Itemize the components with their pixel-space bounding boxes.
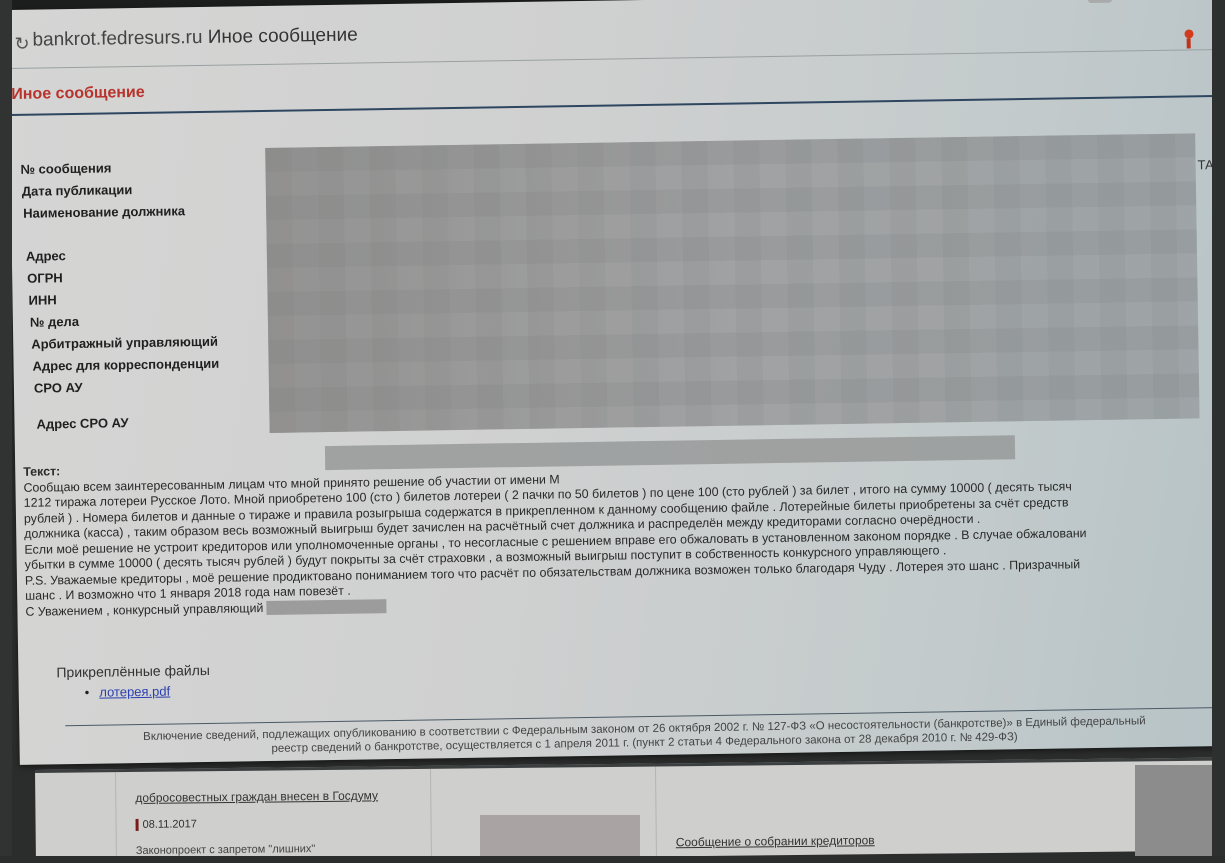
field-label-case-number: № дела	[30, 314, 79, 330]
news-date: 08.11.2017	[136, 818, 197, 831]
pin-icon[interactable]	[1183, 29, 1193, 47]
page-heading: Иное сообщение	[11, 84, 145, 104]
field-label-message-number: № сообщения	[20, 160, 111, 176]
news-link[interactable]: добросовестных граждан внесен в Госдуму	[135, 788, 378, 805]
window-title-text: Иное сообщение	[208, 25, 358, 48]
field-label-address: Адрес	[26, 248, 66, 264]
monitor-bezel-left	[0, 0, 12, 863]
reload-icon[interactable]: ↻	[14, 34, 29, 55]
redacted-field-values	[265, 133, 1199, 433]
field-label-correspondence-address: Адрес для корреспонденции	[32, 356, 219, 374]
redacted-manager-name	[267, 599, 387, 615]
popup-window: ↻ bankrot.fedresurs.ru Иное сообщение ◍ …	[8, 0, 1225, 765]
footer-legal-text: Включение сведений, подлежащих опубликов…	[59, 713, 1225, 759]
creditors-meeting-link[interactable]: Сообщение о собрании кредиторов	[676, 833, 875, 849]
field-label-publication-date: Дата публикации	[22, 182, 133, 199]
field-label-ogrn: ОГРН	[27, 270, 63, 286]
news-snippet: Законопроект с запретом "лишних"	[136, 843, 316, 857]
field-label-arbitration-manager: Арбитражный управляющий	[31, 334, 218, 352]
window-title: bankrot.fedresurs.ru Иное сообщение	[32, 25, 358, 52]
monitor-bezel-bottom	[0, 856, 1225, 863]
redacted-block	[1135, 765, 1215, 863]
bullet-icon: •	[85, 685, 90, 700]
field-label-debtor-name: Наименование должника	[23, 203, 185, 221]
heading-divider	[10, 95, 1215, 116]
globe-icon[interactable]: ◍	[1088, 0, 1112, 3]
attachment-link[interactable]: лотерея.pdf	[99, 684, 170, 700]
attachment-item: •лотерея.pdf	[85, 684, 171, 700]
field-label-sro-address: Адрес СРО АУ	[36, 415, 128, 431]
field-label-sro: СРО АУ	[34, 380, 83, 396]
message-text: Текст: Сообщаю всем заинтересованным лиц…	[23, 446, 1225, 620]
field-label-inn: ИНН	[28, 292, 56, 307]
monitor-bezel-right	[1212, 0, 1225, 863]
minimize-icon[interactable]: –	[1173, 0, 1189, 2]
attachments-title: Прикреплённые файлы	[56, 662, 210, 680]
window-url: bankrot.fedresurs.ru	[32, 27, 202, 51]
